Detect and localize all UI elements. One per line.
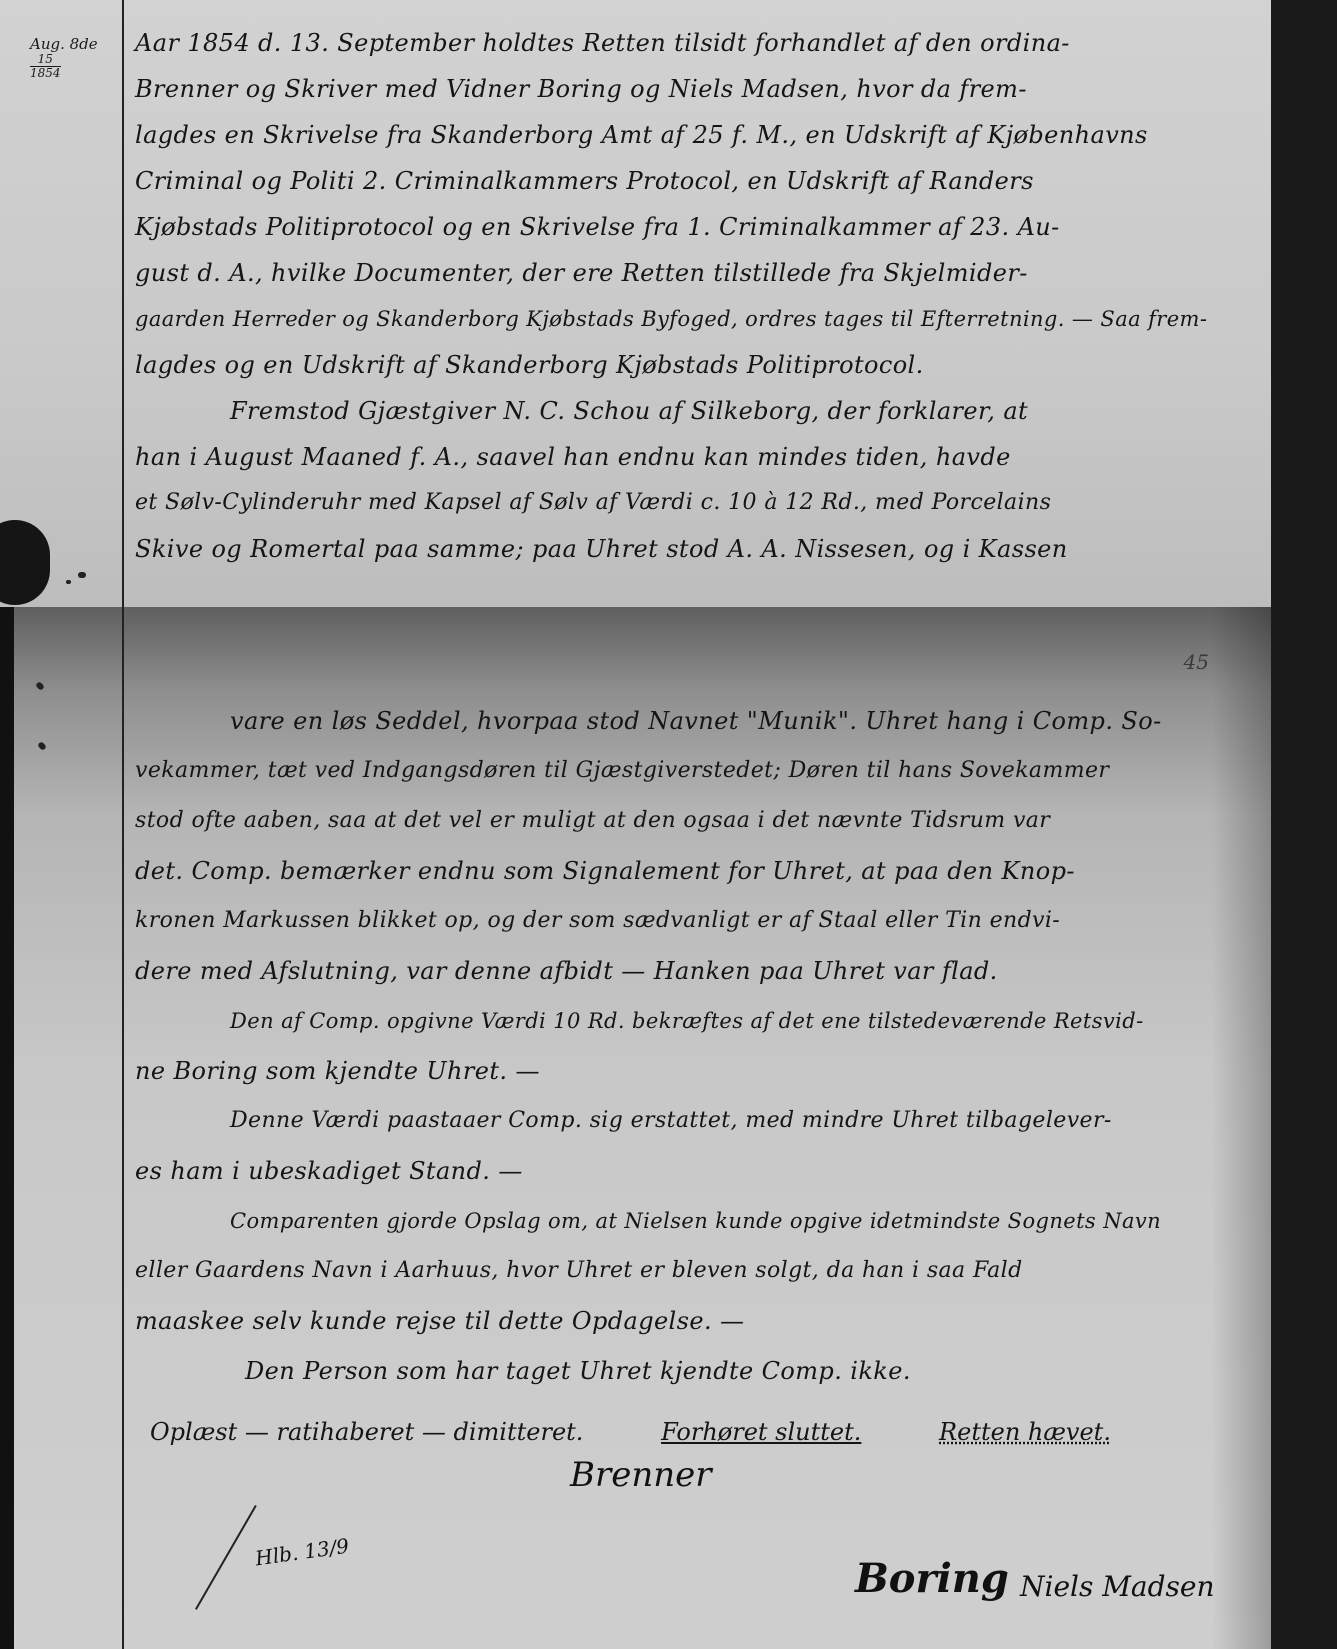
signature-witness-madsen: Niels Madsen	[1020, 1570, 1215, 1603]
text-line: maaskee selv kunde rejse til dette Opdag…	[135, 1296, 1251, 1346]
text-line: Den Person som har taget Uhret kjendte C…	[135, 1346, 1251, 1396]
closing-formula: Oplæst — ratihaberet — dimitteret. Forhø…	[150, 1418, 1181, 1446]
text-line: et Sølv-Cylinderuhr med Kapsel af Sølv a…	[135, 480, 1251, 526]
margin-note-date-fraction: 15 1854	[30, 53, 61, 80]
margin-note-prefix: Aug. 8de	[30, 35, 98, 53]
text-line: eller Gaardens Navn i Aarhuus, hvor Uhre…	[135, 1246, 1251, 1296]
text-line: vekammer, tæt ved Indgangsdøren til Gjæs…	[135, 746, 1251, 796]
top-page-scan: Aug. 8de 15 1854 Aar 1854 d. 13. Septemb…	[0, 0, 1271, 607]
text-line: dere med Afslutning, var denne afbidt — …	[135, 946, 1251, 996]
ink-blot	[78, 572, 86, 578]
text-line: kronen Markussen blikket op, og der som …	[135, 896, 1251, 946]
signature-witness-boring: Boring	[855, 1555, 1009, 1602]
text-line: Aar 1854 d. 13. September holdtes Retten…	[135, 20, 1251, 66]
ink-blot	[35, 681, 45, 691]
text-line: Denne Værdi paastaaer Comp. sig erstatte…	[135, 1096, 1251, 1146]
text-line: Den af Comp. opgivne Værdi 10 Rd. bekræf…	[135, 996, 1251, 1046]
text-line: Skive og Romertal paa samme; paa Uhret s…	[135, 526, 1251, 572]
closing-hearing-ended: Forhøret sluttet.	[661, 1418, 861, 1446]
ink-blot	[37, 741, 47, 751]
closing-read-approved: Oplæst — ratihaberet — dimitteret.	[150, 1418, 583, 1446]
text-line: lagdes en Skrivelse fra Skanderborg Amt …	[135, 112, 1251, 158]
text-line: lagdes og en Udskrift af Skanderborg Kjø…	[135, 342, 1251, 388]
text-line: gust d. A., hvilke Documenter, der ere R…	[135, 250, 1251, 296]
closing-court-adjourned: Retten hævet.	[939, 1418, 1111, 1446]
text-line: det. Comp. bemærker endnu som Signalemen…	[135, 846, 1251, 896]
text-line: Fremstod Gjæstgiver N. C. Schou af Silke…	[135, 388, 1251, 434]
text-line: ne Boring som kjendte Uhret. —	[135, 1046, 1251, 1096]
margin-rule	[122, 607, 124, 1649]
margin-date-note: Aug. 8de 15 1854	[30, 35, 120, 80]
signature-judge: Brenner	[570, 1455, 712, 1495]
text-line: vare en løs Seddel, hvorpaa stod Navnet …	[135, 696, 1251, 746]
text-line: Brenner og Skriver med Vidner Boring og …	[135, 66, 1251, 112]
protocol-text-top: Aar 1854 d. 13. September holdtes Retten…	[135, 20, 1251, 572]
text-line: stod ofte aaben, saa at det vel er mulig…	[135, 796, 1251, 846]
page-number: 45	[1184, 650, 1209, 674]
protocol-text-bottom: vare en løs Seddel, hvorpaa stod Navnet …	[135, 696, 1251, 1396]
text-line: es ham i ubeskadiget Stand. —	[135, 1146, 1251, 1196]
text-line: han i August Maaned f. A., saavel han en…	[135, 434, 1251, 480]
margin-rule	[122, 0, 124, 607]
text-line: gaarden Herreder og Skanderborg Kjøbstad…	[135, 296, 1251, 342]
text-line: Kjøbstads Politiprotocol og en Skrivelse…	[135, 204, 1251, 250]
text-line: Criminal og Politi 2. Criminalkammers Pr…	[135, 158, 1251, 204]
text-line: Comparenten gjorde Opslag om, at Nielsen…	[135, 1196, 1251, 1246]
binding-shadow	[0, 520, 50, 605]
ink-blot	[66, 580, 71, 584]
